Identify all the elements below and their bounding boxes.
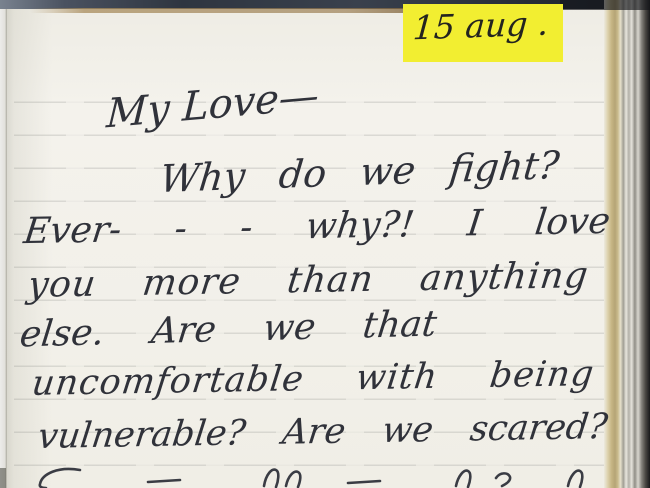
bottom-left-shadow: [0, 468, 6, 488]
sticky-note-date: 15 aug .: [412, 4, 550, 48]
top-right-shadow: [560, 0, 650, 10]
sticky-note: 15 aug .: [403, 4, 563, 62]
notebook-photo: 15 aug . My Love— Why do we fight? Ever-…: [0, 0, 650, 488]
page-left-edge: [0, 0, 7, 488]
book-page-edges: [604, 0, 650, 488]
partial-handwriting-strokes: [28, 464, 608, 488]
